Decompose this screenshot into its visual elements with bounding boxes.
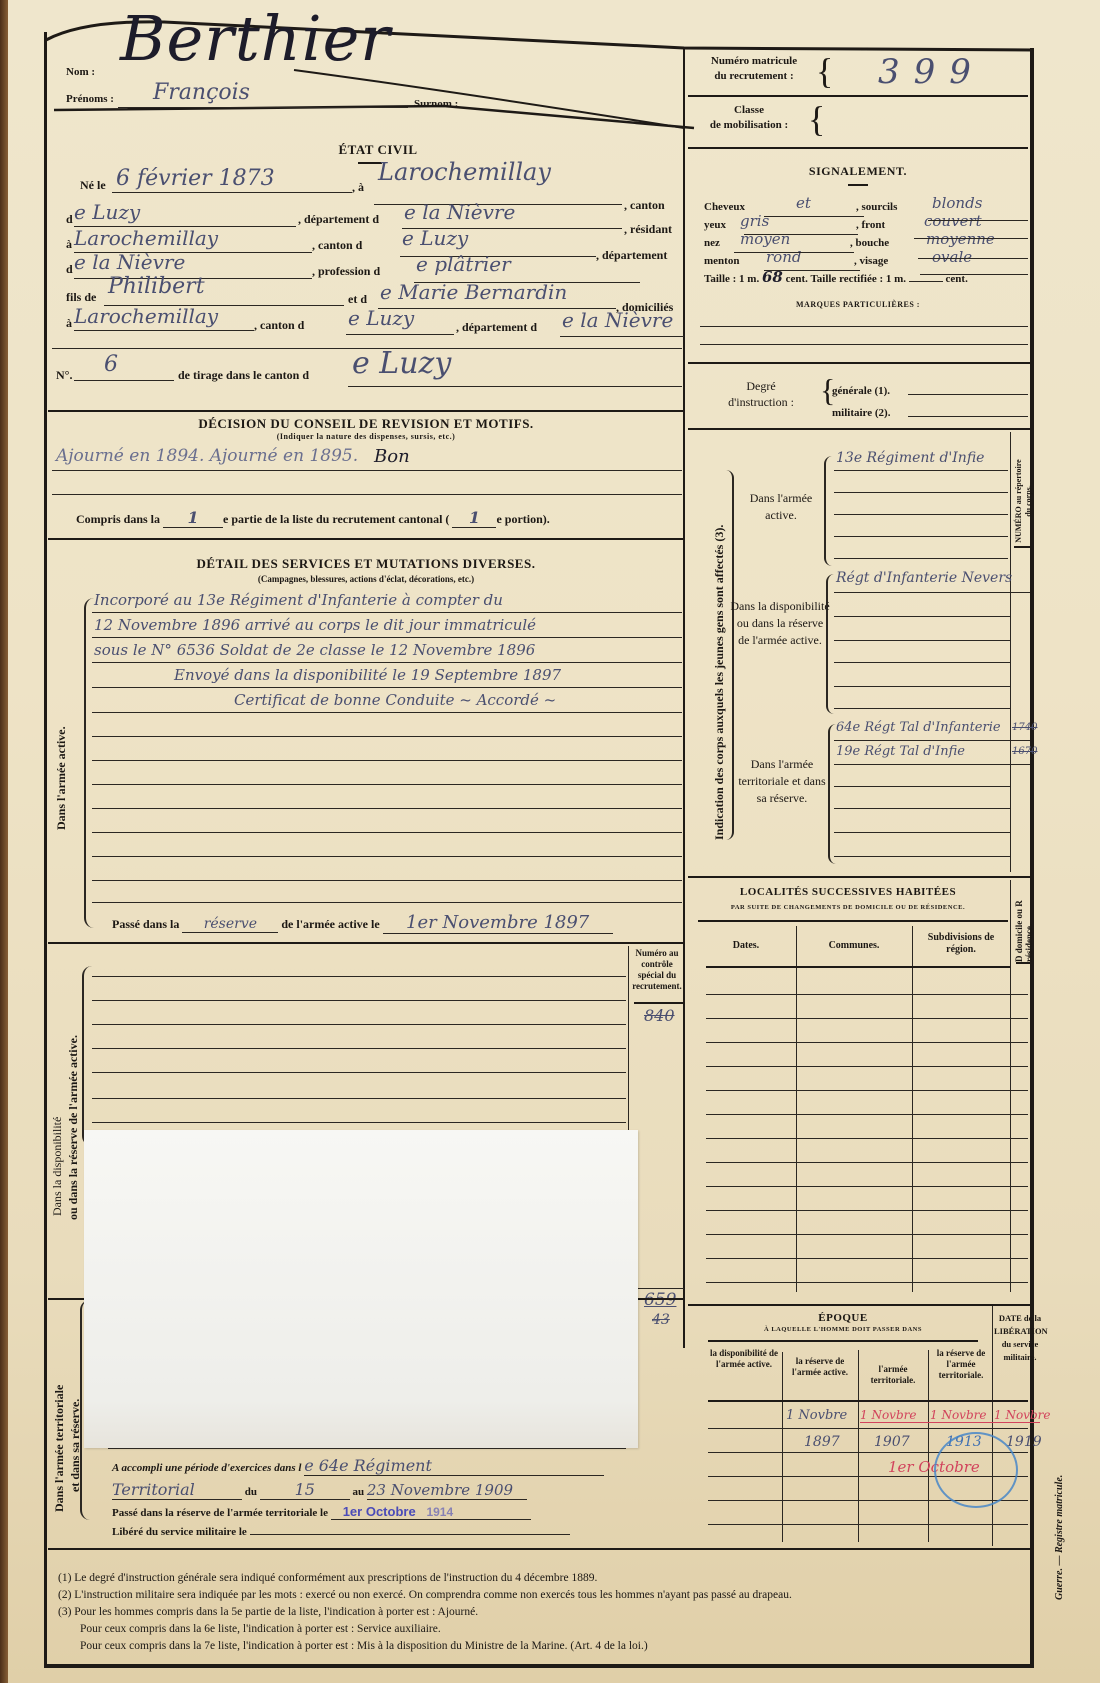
- footnote: (2) L'instruction militaire sera indiqué…: [58, 1587, 1028, 1604]
- matricule-label-line1: Numéro matricule: [694, 54, 814, 69]
- corps-rule: [834, 492, 1008, 493]
- taille-label: Taille : 1 m.: [704, 273, 759, 285]
- classe-label-line2: de mobilisation :: [694, 118, 804, 133]
- corps-rule: [834, 686, 1010, 687]
- libere-row: Libéré du service militaire le: [112, 1526, 570, 1538]
- canton-label-3: , canton d: [254, 318, 304, 333]
- epoque-col-reserve-terr: la réserve de l'armée territoriale.: [930, 1348, 992, 1381]
- dispo-rule: [92, 1098, 626, 1099]
- reserve-terr-stamp: 1er Octobre: [343, 1504, 416, 1519]
- lieu-naissance-value: Larochemillay: [378, 158, 551, 186]
- epoque-col-territoriale: l'armée territoriale.: [860, 1364, 926, 1386]
- footnote: Pour ceux compris dans la 6e liste, l'in…: [58, 1621, 1028, 1638]
- departement-label: , département d: [298, 212, 379, 227]
- generale-line: [908, 394, 1028, 395]
- d2-label: d: [66, 262, 73, 277]
- epoque-header-rule: [708, 1400, 1028, 1402]
- bouche-value: moyenne: [926, 230, 995, 248]
- matricule-label-line2: du recrutement :: [694, 69, 814, 84]
- exercices-value: e 64e Régiment: [304, 1456, 604, 1476]
- classe-label: Classe de mobilisation :: [694, 103, 804, 133]
- signalement-rule: [848, 184, 868, 186]
- service-line: Incorporé au 13e Régiment d'Infanterie à…: [94, 588, 684, 613]
- corps-rule: [834, 536, 1008, 537]
- decision-subtitle: (Indiquer la nature des dispenses, sursi…: [48, 432, 684, 441]
- epoque-col-line: [858, 1350, 859, 1542]
- controle-value-2: 659: [644, 1290, 676, 1310]
- localites-col-communes: Communes.: [798, 940, 910, 951]
- localites-row-rule: [706, 1114, 1028, 1115]
- service-line: Envoyé dans la disponibilité le 19 Septe…: [94, 663, 684, 688]
- localites-row-rule: [706, 1162, 1028, 1163]
- departement-label-3: , département d: [456, 320, 537, 335]
- epoque-month-territoriale: 1 Novbre: [860, 1408, 916, 1422]
- prenoms-label: Prénoms :: [66, 93, 114, 105]
- epoque-year-territoriale: 1907: [874, 1434, 910, 1450]
- service-rule: [92, 687, 682, 688]
- d-label: d: [66, 212, 73, 227]
- matricule-value: 399: [878, 52, 985, 92]
- epoque-col-line: [782, 1352, 783, 1542]
- corps-active-label: Dans l'armée active.: [736, 490, 826, 524]
- tirage-no-line: [74, 380, 174, 381]
- nez-row: nez moyen , bouche moyenne: [704, 234, 1034, 252]
- pasted-paper-patch: [84, 1130, 638, 1448]
- corps-rule: [834, 640, 1010, 641]
- compris-portion-value: 1: [452, 508, 496, 528]
- localites-row-rule: [706, 1138, 1028, 1139]
- corps-rule: [834, 558, 1008, 559]
- passe-label-1: Passé dans la: [112, 917, 179, 931]
- taille-rect-value: [909, 281, 943, 282]
- ne-le-label: Né le: [80, 178, 106, 193]
- footnotes: (1) Le degré d'instruction générale sera…: [58, 1570, 1028, 1655]
- sourcils-line: [928, 220, 1028, 221]
- dispo-rule: [92, 976, 626, 977]
- front-label: , front: [856, 216, 885, 234]
- yeux-line: [744, 234, 858, 235]
- epoque-rule: [708, 1340, 978, 1342]
- marques-separator: [688, 362, 1030, 364]
- corps-separator: [688, 876, 1030, 878]
- prenoms-value: François: [153, 80, 250, 105]
- frame-right: [1030, 48, 1034, 1668]
- service-line: Certificat de bonne Conduite ~ Accordé ~: [94, 688, 684, 713]
- controle-rule-2: [630, 1288, 684, 1289]
- tirage-canton-value: e Luzy: [352, 346, 451, 381]
- dispo-side-label-1: Dans la disponibilité: [50, 1117, 65, 1216]
- localites-rule: [698, 920, 1008, 922]
- residence-value: Larochemillay: [74, 226, 218, 250]
- corps-terr-entry: 19e Régt Tal d'Infie: [836, 744, 965, 759]
- epoque-col-dispo: la disponibilité de l'armée active.: [708, 1348, 780, 1370]
- service-rule: [92, 712, 682, 713]
- taille-cent-label: cent. Taille rectifiée : 1 m.: [786, 273, 906, 285]
- localites-title: LOCALITÉS SUCCESSIVES HABITÉES: [688, 886, 1008, 898]
- footnotes-separator: [48, 1548, 1030, 1550]
- epoque-strike-line: [860, 1422, 1040, 1423]
- tirage-separator: [48, 410, 684, 412]
- nom-value: Berthier: [120, 2, 391, 75]
- marques-label: MARQUES PARTICULIÈRES :: [688, 300, 1028, 309]
- exercices-row: A accompli une période d'exercices dans …: [112, 1456, 604, 1476]
- service-rule: [92, 612, 682, 613]
- service-line: sous le N° 6536 Soldat de 2e classe le 1…: [94, 638, 684, 663]
- decision-line-2: [52, 494, 682, 495]
- corps-terr-numero: 1670: [1012, 746, 1037, 757]
- yeux-label: yeux: [704, 219, 726, 231]
- corps-active-entry: 13e Régiment d'Infie: [836, 450, 984, 466]
- instruction-separator: [688, 428, 1030, 430]
- corps-rule: [834, 662, 1010, 663]
- profession-value: e plâtrier: [416, 252, 511, 276]
- service-rule: [92, 808, 682, 809]
- corps-rule: [834, 740, 1030, 741]
- tirage-canton-line: [348, 386, 682, 387]
- corps-rule: [834, 514, 1008, 515]
- canton-label: , canton: [624, 198, 665, 213]
- ne-le-value: 6 février 1873: [116, 166, 275, 191]
- compris-row: Compris dans la 1e partie de la liste du…: [76, 508, 550, 528]
- reserve-terr-row: Passé dans la réserve de l'armée territo…: [112, 1504, 531, 1520]
- localites-row-rule: [706, 1018, 1028, 1019]
- localites-row-rule: [706, 1066, 1028, 1067]
- cheveux-label: Cheveux: [704, 201, 745, 213]
- sourcils-value: blonds: [932, 194, 982, 212]
- departement-value-3: e la Nièvre: [562, 308, 673, 332]
- corps-dispo-label: Dans la disponibilité ou dans la réserve…: [730, 598, 830, 649]
- dispo-rule: [92, 1024, 626, 1025]
- nez-value: moyen: [740, 230, 790, 248]
- signalement-fields: Cheveux et , sourcils blonds yeux gris ,…: [704, 198, 1034, 286]
- dispo-rule: [92, 1122, 626, 1123]
- service-rule: [92, 832, 682, 833]
- epoque-col-line: [928, 1350, 929, 1542]
- visage-value: ovale: [932, 248, 972, 266]
- footnote: (3) Pour les hommes compris dans la 5e p…: [58, 1604, 1028, 1621]
- instruction-label: Degré d'instruction :: [708, 378, 814, 410]
- localites-row-rule: [706, 994, 1028, 995]
- passe-value-2: 1er Novembre 1897: [383, 912, 613, 934]
- decision-value-bon: Bon: [374, 446, 410, 467]
- libere-value: [250, 1534, 570, 1535]
- corps-terr-brace: [828, 724, 836, 864]
- classe-brace: {: [808, 98, 825, 140]
- controle-label: Numéro au contrôle spécial du recrutemen…: [630, 948, 684, 992]
- taille-row: Taille : 1 m. 68 cent. Taille rectifiée …: [704, 268, 1034, 286]
- nez-label: nez: [704, 237, 720, 249]
- du-value: 15: [260, 1480, 350, 1500]
- canton-value-3: e Luzy: [348, 306, 414, 330]
- classe-label-line1: Classe: [694, 103, 804, 118]
- corps-rule: [834, 832, 1010, 833]
- tirage-no-value: 6: [104, 352, 118, 377]
- corps-brace: [726, 470, 734, 840]
- cheveux-value: et: [796, 194, 811, 212]
- services-active-side-label: Dans l'armée active.: [54, 726, 69, 830]
- instruction-label-2: d'instruction :: [708, 394, 814, 410]
- corps-side-label: Indication des corps auxquels les jeunes…: [712, 525, 727, 840]
- terr-side-label-1: Dans l'armée territoriale: [52, 1385, 67, 1512]
- marques-line-2: [700, 344, 1028, 345]
- corps-terr-numero: 1740: [1012, 722, 1037, 733]
- instruction-generale-label: générale (1).: [832, 380, 890, 402]
- passe-reserve-row: Passé dans la réserve de l'armée active …: [112, 912, 613, 934]
- localites-row-rule: [706, 1090, 1028, 1091]
- et-label: et d: [348, 292, 367, 307]
- domicile-value: Larochemillay: [74, 304, 218, 328]
- localites-separator: [688, 1304, 1030, 1306]
- menton-label: menton: [704, 255, 739, 267]
- corps-terr-label: Dans l'armée territoriale et dans sa rés…: [736, 756, 828, 807]
- departement-value: e la Nièvre: [404, 200, 515, 224]
- dispo-rule: [92, 1072, 626, 1073]
- epoque-month-liberation: 1 Novbre: [994, 1408, 1050, 1422]
- controle-rule: [634, 1002, 684, 1004]
- epoque-liberation-label: DATE de la LIBÉRATION du service militai…: [994, 1312, 1046, 1364]
- domicile-line: [74, 330, 254, 331]
- compris-separator: [48, 538, 684, 540]
- services-subtitle: (Campagnes, blessures, actions d'éclat, …: [48, 574, 684, 584]
- service-rule: [92, 784, 682, 785]
- canton-label-2: , canton d: [312, 238, 362, 253]
- nez-line: [734, 252, 854, 253]
- epoque-year-liberation: 1919: [1006, 1434, 1042, 1450]
- exercices-label: A accompli une période d'exercices dans …: [112, 1462, 301, 1474]
- dispo-side-label-2: ou dans la réserve de l'armée active.: [66, 1035, 81, 1220]
- departement-label-2: , département: [596, 248, 667, 263]
- localites-row-rule: [706, 1282, 1028, 1283]
- militaire-line: [908, 416, 1028, 417]
- marques-line-1: [700, 326, 1028, 327]
- services-title: DÉTAIL DES SERVICES ET MUTATIONS DIVERSE…: [48, 556, 684, 572]
- yeux-value: gris: [740, 212, 769, 230]
- au-value: 23 Novembre 1909: [367, 1481, 527, 1500]
- etat-civil-title: ÉTAT CIVIL: [308, 142, 448, 158]
- registre-matricule-page: Nom : Berthier Prénoms : François Surnom…: [8, 0, 1100, 1683]
- departement-value-2: e la Nièvre: [74, 250, 185, 274]
- menton-line: [764, 270, 860, 271]
- blue-circular-stamp: [934, 1432, 1018, 1508]
- terr-rule: [108, 1448, 626, 1449]
- canton-value: e Luzy: [74, 200, 140, 224]
- frame-left: [44, 32, 47, 1668]
- service-rule: [92, 736, 682, 737]
- prenoms-line: [118, 107, 408, 108]
- service-rule: [92, 637, 682, 638]
- epoque-subtitle: À LAQUELLE L'HOMME DOIT PASSER DANS: [698, 1326, 988, 1333]
- frame-bottom: [44, 1664, 1034, 1668]
- localites-col-line: [912, 926, 913, 1292]
- a-label: , à: [352, 180, 364, 195]
- matricule-separator: [688, 95, 1028, 97]
- decision-value: Ajourné en 1894. Ajourné en 1895.: [56, 446, 358, 466]
- numero-label: NUMÉRO au répertoire du corps.: [1014, 456, 1034, 546]
- service-rule: [92, 880, 682, 881]
- localites-subtitle: PAR SUITE DE CHANGEMENTS DE DOMICILE OU …: [688, 904, 1008, 911]
- localites-header-rule: [706, 966, 1010, 968]
- signalement-title: SIGNALEMENT.: [688, 164, 1028, 179]
- corps-dispo-brace: [826, 574, 834, 714]
- localites-header-rule: [1016, 962, 1030, 964]
- epoque-col-reserve-active: la réserve de l'armée active.: [784, 1356, 856, 1378]
- epoque-month-reserve-active: 1 Novbre: [786, 1408, 847, 1423]
- epoque-year-reserve-active: 1897: [804, 1434, 840, 1450]
- dispo-rule: [92, 1048, 626, 1049]
- footnote: (1) Le degré d'instruction générale sera…: [58, 1570, 1028, 1587]
- ne-le-line: [112, 192, 352, 193]
- terr-side-label-2: et dans sa réserve.: [68, 1399, 83, 1492]
- fils-label: fils de: [66, 290, 96, 305]
- decision-title: DÉCISION DU CONSEIL DE REVISION ET MOTIF…: [48, 416, 684, 432]
- localites-row-rule: [706, 1186, 1028, 1187]
- libere-label: Libéré du service militaire le: [112, 1526, 247, 1538]
- menton-value: rond: [766, 248, 801, 266]
- compris-label-3: e portion).: [496, 512, 549, 526]
- cheveux-line: [764, 216, 864, 217]
- canton-line-3: [346, 334, 454, 335]
- front-value: couvert: [924, 212, 982, 230]
- passe-label-2: de l'armée active le: [281, 917, 379, 931]
- localites-col-dr: D domicile ou R résidence.: [1014, 882, 1034, 962]
- instruction-label-1: Degré: [708, 378, 814, 394]
- epoque-liberation-line: [992, 1306, 993, 1546]
- corps-rule: [834, 470, 1008, 471]
- service-rule: [92, 662, 682, 663]
- tirage-no-label: N°.: [56, 368, 72, 383]
- localites-row-rule: [706, 1234, 1028, 1235]
- surnom-label: Surnom :: [414, 98, 458, 110]
- corps-active-brace: [824, 456, 832, 566]
- epoque-row-rule: [708, 1524, 1028, 1525]
- bouche-line: [918, 258, 1028, 259]
- localites-col-line: [796, 926, 797, 1292]
- profession-label: , profession d: [312, 264, 380, 279]
- matricule-brace: {: [816, 50, 833, 92]
- corps-terr-entry: 64e Régt Tal d'Infanterie: [836, 720, 1001, 735]
- epoque-row-rule: [708, 1428, 1028, 1429]
- localites-row-rule: [706, 1210, 1028, 1211]
- reserve-terr-field: 1er Octobre 1914: [331, 1504, 531, 1520]
- matricule-label: Numéro matricule du recrutement :: [694, 54, 814, 84]
- service-rule: [92, 856, 682, 857]
- au-label: au: [353, 1486, 365, 1498]
- compris-partie-value: 1: [163, 508, 223, 528]
- numero-column-line: [1010, 432, 1011, 872]
- compris-label-1: Compris dans la: [76, 512, 160, 526]
- corps-rule: [834, 764, 1030, 765]
- localites-dr-line: [1010, 880, 1011, 1292]
- corps-rule: [834, 616, 1010, 617]
- canton-value-2: e Luzy: [402, 226, 468, 250]
- corps-rule: [834, 708, 1010, 709]
- a2-label: à: [66, 237, 72, 252]
- instruction-militaire-label: militaire (2).: [832, 402, 890, 424]
- exercices-dates-row: Territorial du 15 au 23 Novembre 1909: [112, 1480, 527, 1500]
- sourcils-label: , sourcils: [856, 198, 897, 216]
- dispo-rule: [92, 1000, 626, 1001]
- footnote: Pour ceux compris dans la 7e liste, l'in…: [58, 1638, 1028, 1655]
- corps-dispo-entry: Régt d'Infanterie Nevers: [836, 570, 1012, 586]
- localites-row-rule: [706, 1258, 1028, 1259]
- services-lines: Incorporé au 13e Régiment d'Infanterie à…: [94, 588, 684, 713]
- departement-line-3: [560, 336, 684, 337]
- decision-line-1: [52, 470, 682, 471]
- epoque-title: ÉPOQUE: [698, 1312, 988, 1324]
- nom-label: Nom :: [66, 66, 95, 78]
- instruction-options: générale (1). militaire (2).: [832, 380, 890, 424]
- reserve-terr-label: Passé dans la réserve de l'armée territo…: [112, 1507, 328, 1519]
- numero-rule: [1014, 546, 1030, 548]
- passe-value-1: réserve: [182, 916, 278, 933]
- service-line: 12 Novembre 1896 arrivé au corps le dit …: [94, 613, 684, 638]
- tirage-label: de tirage dans le canton d: [178, 368, 309, 383]
- corps-rule: [834, 808, 1010, 809]
- service-rule: [92, 902, 682, 903]
- localites-col-dates: Dates.: [698, 940, 794, 951]
- controle-value-1: 840: [644, 1006, 675, 1025]
- visage-line: [920, 274, 1028, 275]
- compris-label-2: e partie de la liste du recrutement cant…: [223, 512, 449, 526]
- services-active-brace: [84, 598, 94, 928]
- services-active-separator: [48, 942, 684, 944]
- epoque-month-reserve-terr: 1 Novbre: [930, 1408, 986, 1422]
- menton-row: menton rond , visage ovale: [704, 252, 1034, 268]
- corps-rule: [834, 856, 1010, 857]
- front-line: [914, 238, 1028, 239]
- controle-value-3: 43: [652, 1312, 670, 1328]
- residant-label: , résidant: [624, 222, 672, 237]
- dispo-brace: [82, 966, 92, 1146]
- margin-registre-text: Guerre. — Registre matricule.: [1054, 1475, 1065, 1600]
- corps-rule: [834, 592, 1030, 593]
- corps-rule: [834, 786, 1010, 787]
- du-label: du: [245, 1486, 257, 1498]
- classe-separator: [688, 147, 1028, 149]
- mere-value: e Marie Bernardin: [380, 280, 567, 304]
- exercices-value-2: Territorial: [112, 1480, 242, 1500]
- bouche-label: , bouche: [850, 234, 889, 252]
- a3-label: à: [66, 316, 72, 331]
- localites-row-rule: [706, 1042, 1028, 1043]
- reserve-terr-year: 1914: [426, 1505, 453, 1519]
- service-rule: [92, 760, 682, 761]
- localites-col-subdivisions: Subdivisions de région.: [918, 932, 1004, 956]
- pere-value: Philibert: [108, 274, 205, 299]
